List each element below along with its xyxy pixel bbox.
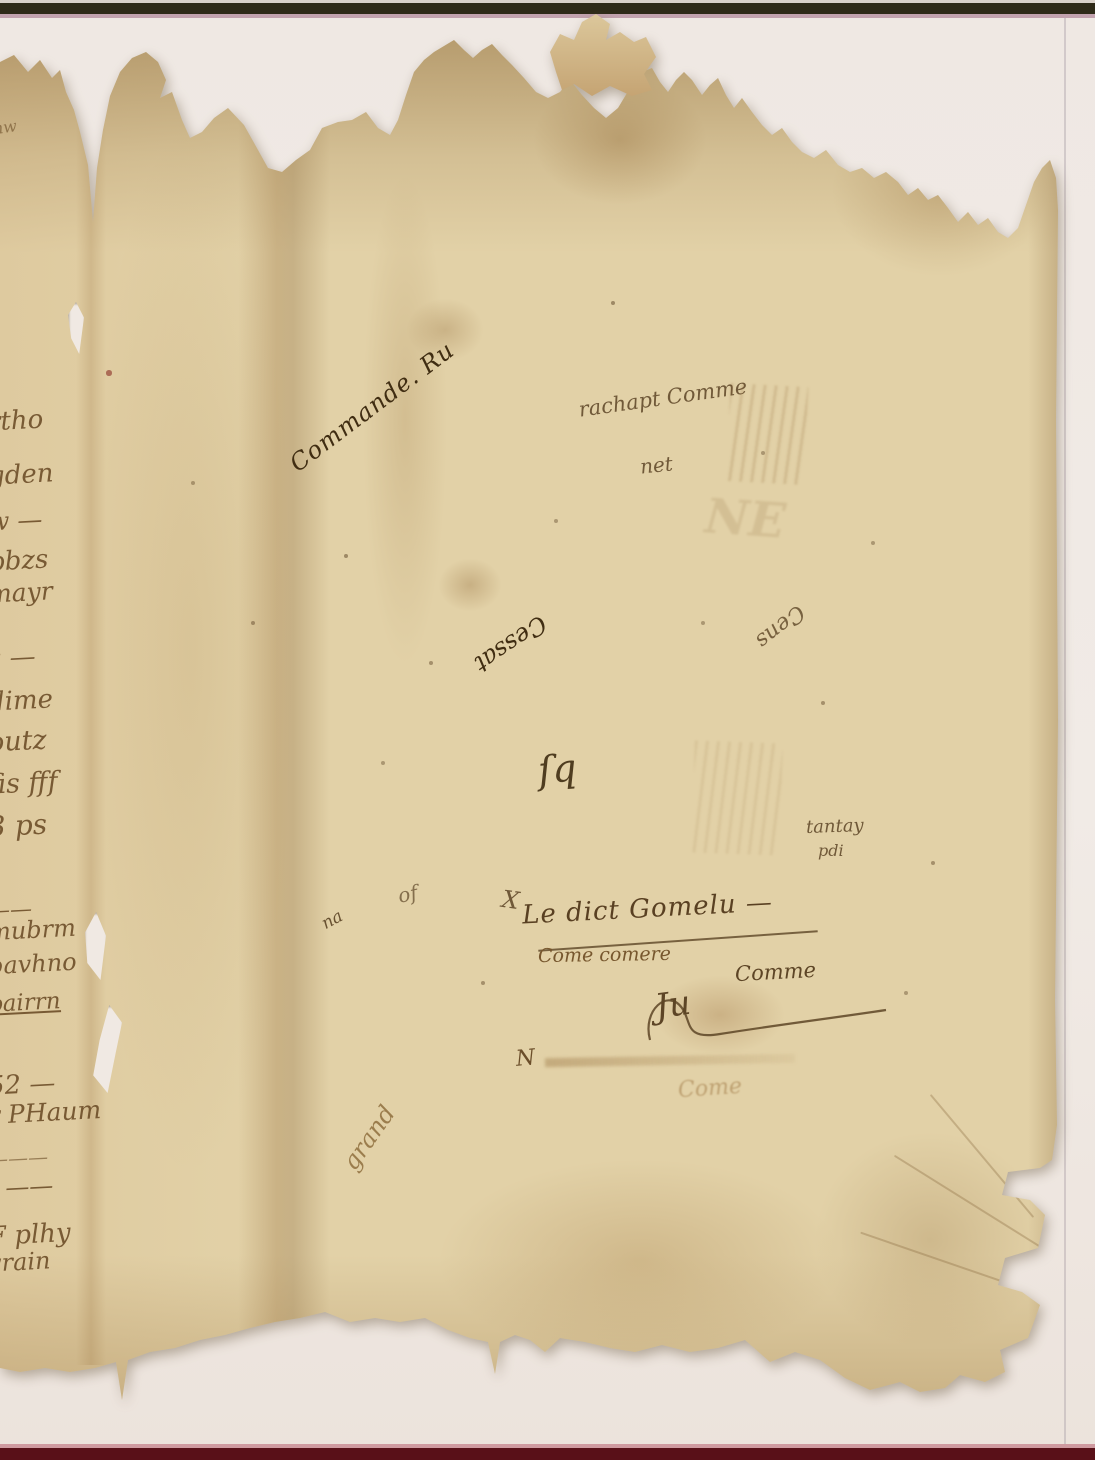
frame-bottom-bar	[0, 1448, 1095, 1460]
left-column-line: ———	[0, 1146, 48, 1169]
right-edge-shading	[1028, 150, 1062, 1380]
ink-smear-line	[545, 1054, 795, 1067]
left-column-line: dime	[0, 686, 54, 715]
left-column-line: fis fff	[0, 768, 58, 799]
left-column-line: pairrn	[0, 990, 61, 1017]
vertical-fold-crease	[238, 50, 330, 1370]
handwriting-cens-inverted: Cens	[751, 600, 808, 651]
handwriting-grand: grand	[338, 1101, 399, 1174]
left-column-line: r PHaum	[0, 1097, 102, 1128]
left-column-line: outz	[0, 726, 47, 756]
ink-bleedthrough-strokes	[691, 740, 783, 855]
left-column-line: mw	[0, 118, 18, 138]
handwriting-come-faint: Come	[677, 1076, 742, 1102]
left-column-line: mubrm	[0, 916, 76, 945]
handwriting-net: net	[639, 453, 674, 476]
handwriting-n: N	[515, 1047, 536, 1071]
left-fold-crease	[76, 55, 106, 1365]
ink-bleedthrough-strokes	[725, 383, 808, 485]
bottom-edge-shading	[0, 1255, 1062, 1405]
left-column-line: mayr	[0, 578, 53, 606]
torn-top-shading	[0, 38, 1062, 253]
left-column-line: gden	[0, 460, 54, 489]
handwriting-monogram: ſq	[536, 748, 578, 789]
manuscript-photo: mw rtho gden w — pbzs mayr s — dime outz…	[0, 0, 1095, 1460]
parchment-sheet: mw rtho gden w — pbzs mayr s — dime outz…	[0, 0, 1062, 1410]
left-column-line: 3 ps	[0, 810, 48, 841]
corner-crease-line	[930, 1094, 1034, 1218]
left-column-line: s —	[0, 644, 36, 672]
handwriting-comme-top: rachapt Comme	[577, 376, 748, 420]
handwriting-le-dict-gomelu: Le dict Gomelu —	[521, 889, 773, 928]
ju-paraph-swash	[640, 982, 890, 1052]
left-column-line: F plhy	[0, 1220, 71, 1250]
left-column-line: bavhno	[0, 950, 77, 979]
left-column-line: pbzs	[0, 546, 49, 575]
handwriting-come-comere: Come comere	[538, 945, 671, 966]
detached-paper-fragment	[548, 12, 660, 100]
left-column-line: vrain	[0, 1248, 51, 1275]
left-column-line: t ——	[0, 1173, 54, 1200]
left-column-line: 52 —	[0, 1070, 56, 1099]
handwriting-x-mark: X	[500, 887, 520, 913]
ink-specks	[0, 0, 2, 2]
handwriting-tantay: tantay	[806, 817, 864, 837]
left-column-line: w —	[0, 507, 43, 535]
parchment-wrap: mw rtho gden w — pbzs mayr s — dime outz…	[0, 0, 1095, 1460]
ink-bleedthrough-mark: NE	[703, 492, 787, 545]
handwriting-cessat-inverted: Cessat	[470, 611, 551, 676]
handwriting-of: of	[396, 882, 419, 906]
handwriting-pdi: pdi	[818, 843, 844, 859]
left-column-line: rtho	[0, 407, 44, 436]
